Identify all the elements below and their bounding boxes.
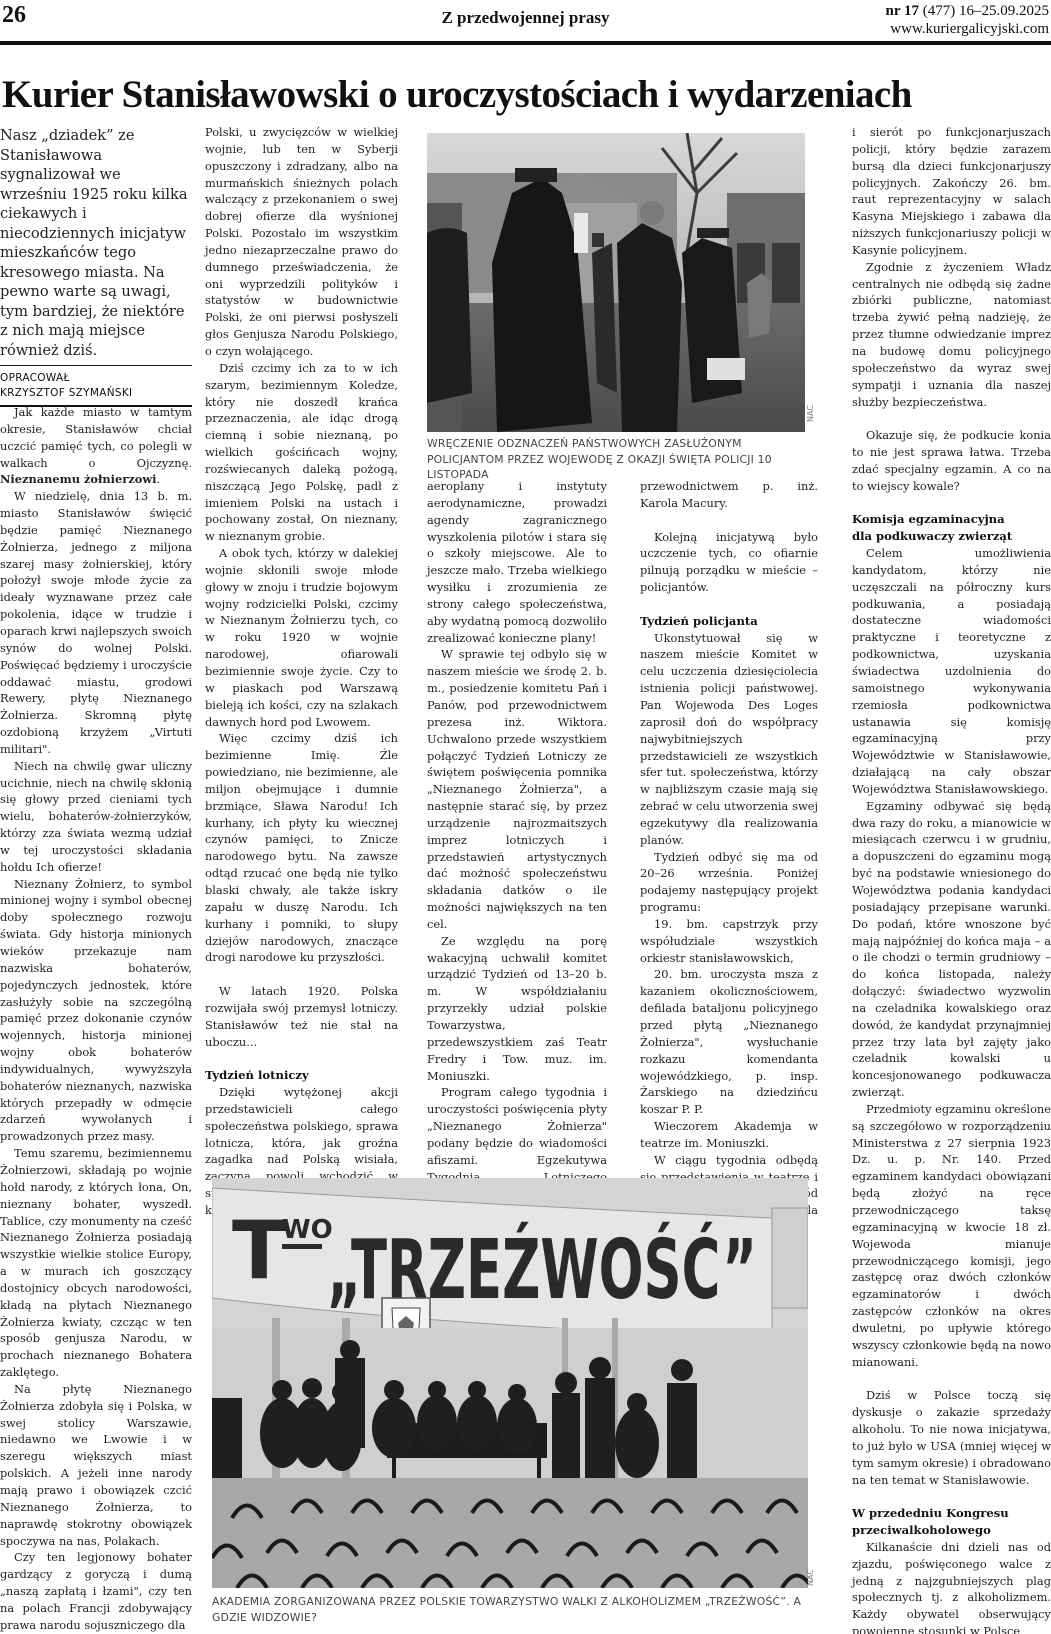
issue-number: (477) <box>923 3 956 19</box>
paragraph: Niech na chwilę gwar uliczny ucichnie, n… <box>0 758 192 876</box>
paragraph: Ze względu na porę wakacyjną uchwalił ko… <box>427 933 607 1085</box>
police-ceremony-photo <box>427 133 805 432</box>
paragraph: Kilkanaście dni dzieli nas od zjazdu, po… <box>852 1539 1051 1634</box>
section-intro: Okazuje się, że podkucie konia to nie je… <box>852 427 1051 494</box>
paragraph: przewodnictwem p. inż. Karola Macury. <box>640 478 818 512</box>
paragraph: Na płytę Nieznanego Żołnierza zdobyła si… <box>0 1381 192 1549</box>
column-3: aeroplany i instytuty aerodynamiczne, pr… <box>427 478 607 1253</box>
column-1: Jak każde miasto w tamtym okresie, Stani… <box>0 404 192 1634</box>
paragraph: Dziś czcimy ich za to w ich szarym, bezi… <box>205 360 398 545</box>
paragraph: Tydzień odbyć się ma od 20–26 września. … <box>640 849 818 916</box>
photo-credit: NAC <box>806 1569 815 1586</box>
header-divider <box>0 41 1051 45</box>
section-intro: Dziś w Polsce toczą się dyskusje o zakaz… <box>852 1387 1051 1488</box>
temperance-assembly-photo: T WO „TRZEŹWOŚĆ” <box>212 1178 808 1588</box>
paragraph: W sprawie tej odbyło się w naszem mieści… <box>427 646 607 932</box>
paragraph: Nieznany Żołnierz, to symbol minionej wo… <box>0 876 192 1146</box>
article-headline: Kurier Stanisławowski o uroczystościach … <box>2 72 1051 118</box>
byline-author: KRZYSZTOF SZYMAŃSKI <box>0 386 192 401</box>
banner-text-wo: WO <box>282 1215 333 1245</box>
paragraph: Więc czcimy dziś ich bezimienne Imię. Źl… <box>205 730 398 966</box>
paragraph: Celem umożliwienia kandydatom, którzy ni… <box>852 545 1051 798</box>
paragraph: Wieczorem Akademja w teatrze im. Moniusz… <box>640 1118 818 1152</box>
photo-caption-top: WRĘCZENIE ODZNACZEŃ PAŃSTWOWYCH ZASŁUŻON… <box>427 436 817 483</box>
photo-trzezwosc-academy: T WO „TRZEŹWOŚĆ” <box>212 1178 808 1588</box>
website-link[interactable]: www.kuriergalicyjski.com <box>886 20 1049 38</box>
paragraph: aeroplany i instytuty aerodynamiczne, pr… <box>427 478 607 646</box>
paragraph: Jak każde miasto w tamtym okresie, Stani… <box>0 404 192 488</box>
photo-caption-bottom: AKADEMIA ZORGANIZOWANA PRZEZ POLSKIE TOW… <box>212 1594 808 1625</box>
subheading-kongres: W przededniu Kongresuprzeciwalkoholowego <box>852 1505 1051 1539</box>
bold-phrase: Nieznanemu żołnierzowi <box>0 472 156 486</box>
subheading-komisja: Komisja egzaminacyjnadla podkuwaczy zwie… <box>852 511 1051 545</box>
paragraph: 20. bm. uroczysta msza z kazaniem okolic… <box>640 966 818 1118</box>
section-intro: W latach 1920. Polska rozwijała swój prz… <box>205 983 398 1050</box>
paragraph: Zgodnie z życzeniem Władz centralnych ni… <box>852 259 1051 411</box>
banner-text-t: T <box>232 1204 287 1297</box>
paragraph: Egzaminy odbywać się będą dwa razy do ro… <box>852 798 1051 1101</box>
paragraph: W niedzielę, dnia 13 b. m. miasto Stanis… <box>0 488 192 758</box>
column-5: i sierót po funkcjonarjuszach policji, k… <box>852 124 1051 1634</box>
subheading-tydzien-policjanta: Tydzień policjanta <box>640 613 818 630</box>
paragraph: i sierót po funkcjonarjuszach policji, k… <box>852 124 1051 259</box>
photo-credit: NAC <box>806 405 815 422</box>
byline: OPRACOWAŁ KRZYSZTOF SZYMAŃSKI <box>0 365 192 407</box>
paragraph: 19. bm. capstrzyk przy współudziale wszy… <box>640 916 818 967</box>
paragraph: A obok tych, którzy w dalekiej wojnie sk… <box>205 545 398 730</box>
subheading-tydzien-lotniczy: Tydzień lotniczy <box>205 1067 398 1084</box>
issue-info: nr 17 (477) 16–25.09.2025 www.kuriergali… <box>886 2 1049 38</box>
paragraph: Ukonstytuował się w naszem mieście Komit… <box>640 630 818 849</box>
column-2: Polski, u zwycięzców w wielkiej wojnie, … <box>205 124 398 1219</box>
paragraph: Temu szaremu, bezimiennemu Żołnierzowi, … <box>0 1145 192 1381</box>
paragraph: Polski, u zwycięzców w wielkiej wojnie, … <box>205 124 398 360</box>
paragraph: Przedmioty egzaminu określone są szczegó… <box>852 1101 1051 1371</box>
issue-prefix: nr 17 <box>886 3 919 19</box>
article-lead: Nasz „dziadek” ze Stanisławowa sygnalizo… <box>0 126 192 360</box>
column-4: przewodnictwem p. inż. Karola Macury. Ko… <box>640 478 818 1236</box>
photo-police-decoration <box>427 133 805 432</box>
byline-label: OPRACOWAŁ <box>0 371 192 386</box>
section-intro: Kolejną inicjatywą było uczczenie tych, … <box>640 529 818 596</box>
paragraph: Czy ten legjonowy bohater gardzący z gor… <box>0 1549 192 1633</box>
page-header: 26 Z przedwojennej prasy nr 17 (477) 16–… <box>0 0 1051 42</box>
issue-dates: 16–25.09.2025 <box>959 3 1049 19</box>
